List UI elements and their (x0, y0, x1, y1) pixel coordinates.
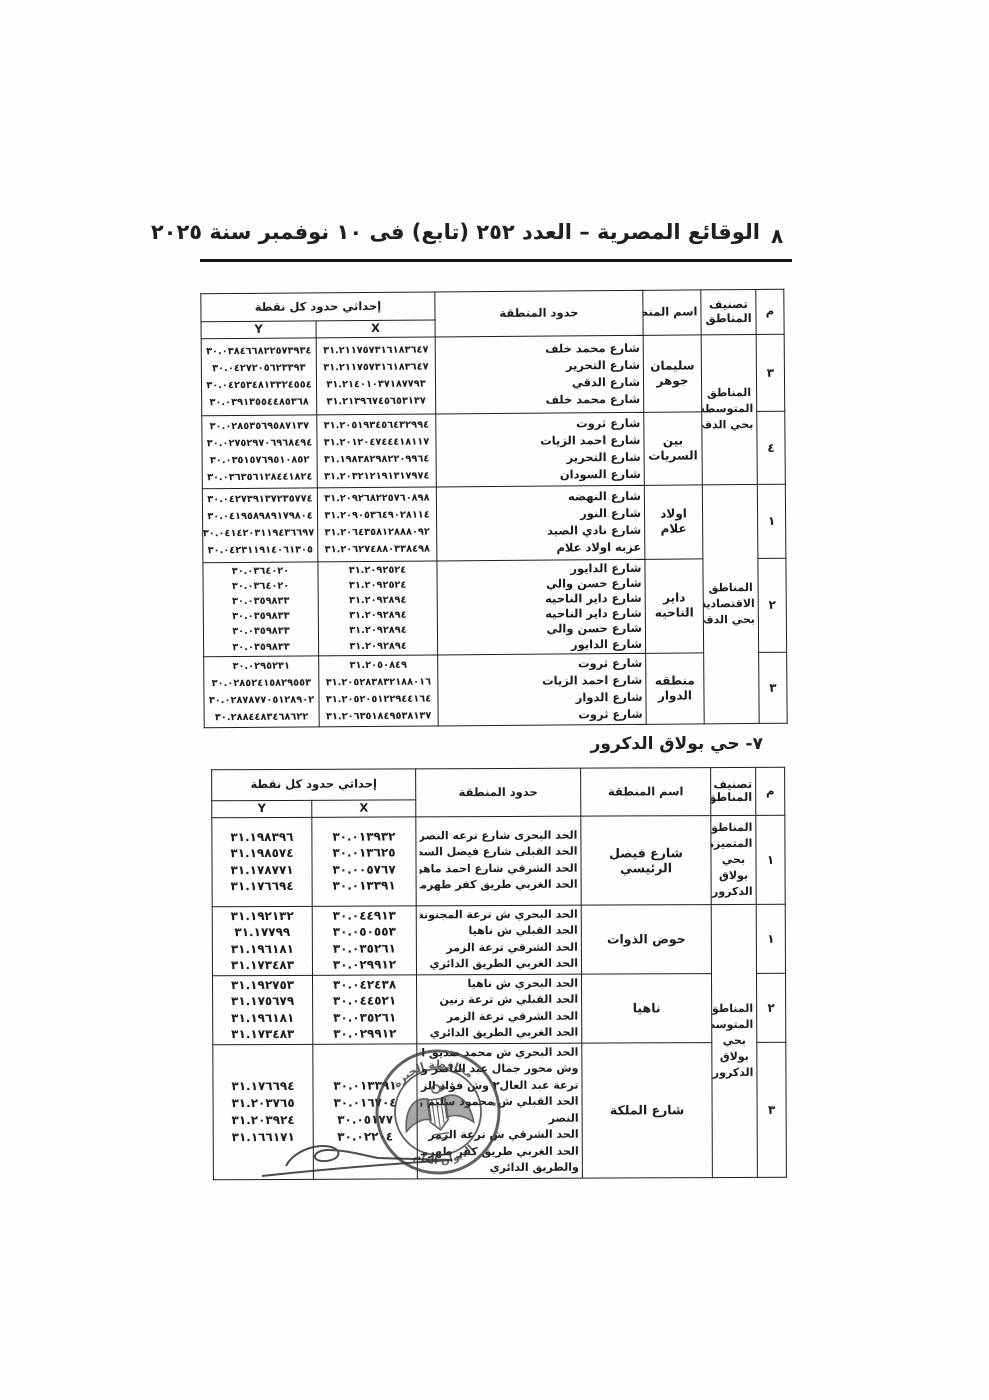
x-column-header: X (316, 320, 435, 337)
area-name-cell: شارع الملكة (582, 1042, 713, 1178)
boundary-line: شارع نادي الصيد (440, 522, 641, 541)
classification-line: المناطق (707, 580, 755, 596)
page-number: ٨ (771, 224, 783, 248)
y-coordinate-value: ٣١.١٧٣٤٨٣ (216, 1026, 309, 1043)
boundary-line: شارع الدوار (441, 689, 642, 708)
boundary-line: شارع داير الناحيه (441, 591, 642, 608)
boundaries-cell: الحد البحري ش ترعة المجنونةالحد القبلي ش… (416, 905, 581, 975)
classification-line: المناطق (715, 1000, 753, 1016)
x-coordinate-value: ٣٠.٠٠٥٧٦٧ (316, 861, 413, 878)
y-column-header: Y (212, 800, 312, 817)
row-number-cell: ٤ (757, 411, 786, 484)
x-coordinate-value: ٣١.٢١١٧٥٧٣١٦١٨٣٦٤٧ (320, 358, 432, 376)
x-coordinate-value: ٣١.٢١٤٠١٠٣٧١٨٧٧٩٣ (320, 375, 432, 393)
x-coordinates-cell: ٣١.٢١١٧٥٧٣١٦١٨٣٦٤٧٣١.٢١١٧٥٧٣١٦١٨٣٦٤٧٣١.٢… (316, 336, 436, 414)
area-name-cell: حوض الذوات (581, 904, 711, 974)
x-coordinate-value: ٣٠.٠١٣٩٣٢ (315, 828, 412, 845)
area-name-cell: اولاد علام (644, 484, 703, 558)
boundary-line: شارع السودان (440, 465, 641, 484)
y-coordinate-value: ٣٠.٠٤١٤٢٠٣١١٩٤٣٦٦٩٧ (206, 524, 314, 542)
row-number-cell: ٣ (756, 334, 785, 411)
x-coordinates-cell: ٣١.٢٠٥١٩٣٤٥٦٤٣٢٩٩٤٣١.٢٠١٢٠٤٧٤٤٤١٨١١٧٣١.١… (317, 413, 437, 487)
x-coordinate-value: ٣١.٢١١٧٥٧٣١٦١٨٣٦٤٧ (320, 341, 432, 359)
classification-line: المتوسطة (705, 401, 753, 417)
y-coordinate-value: ٣١.١٧٥٦٧٩ (216, 993, 309, 1010)
y-column-header: Y (201, 321, 316, 338)
boundaries-column-header: حدود المنطقة (416, 768, 581, 816)
y-coordinates-cell: ٣١.١٩٢٧٥٣٣١.١٧٥٦٧٩٣١.١٩٦١٨١٣١.١٧٣٤٨٣ (212, 975, 312, 1044)
boundary-line: الحد البحري ش ناهيا (420, 975, 578, 992)
table-row: ١المناطقالمتوسطةبحيبولاقالدكرورحوض الذوا… (212, 904, 785, 975)
boundaries-column-header: حدود المنطقة (435, 290, 643, 336)
x-coordinates-cell: ٣١.٢٠٩٢٦٨٢٢٥٧٦٠٨٩٨٣١.٢٠٩٠٥٣٦٤٩٠٢٨١١٤٣١.٢… (317, 486, 437, 561)
classification-column-header: تصنيف المناطق (711, 767, 756, 815)
classification-line: المناطق (705, 385, 753, 401)
giza-boundaries-table: متصنيف المناطقاسم المنطقةحدود المنطقةإحد… (201, 289, 787, 728)
boundary-line: شارع داير الناحيه (441, 606, 642, 623)
y-coordinate-value: ٣٠.٠٤٢٥٣٤٨١٣٣٢٤٥٥٤ (205, 376, 313, 394)
coordinates-column-header: إحداثي حدود كل نقطة (201, 292, 435, 322)
boundary-line: الحد البحري ش ترعة المجنونة (420, 906, 578, 923)
boundary-line: شارع ثروت (442, 706, 643, 725)
gazette-page: ٨ الوقائع المصرية – العدد ٢٥٢ (تابع) فى … (0, 0, 989, 1400)
y-coordinates-cell: ٣٠.٠٣٦٤٠٢٠٣٠.٠٣٦٤٠٢٠٣٠.٠٣٥٩٨٣٣٣٠.٠٣٥٩٨٣٣… (203, 561, 319, 656)
x-coordinate-value: ٣٠.٠٤٤٥٢١ (316, 992, 413, 1009)
y-coordinate-value: ٣٠.٠٣٩١٣٥٥٤٤٨٥٣٦٨ (205, 393, 313, 411)
boundary-line: الحد القبلى شارع فيصل السطحي (419, 844, 577, 861)
boundary-line: شارع احمد الزيات (441, 672, 642, 691)
gazette-header-title: الوقائع المصرية – العدد ٢٥٢ (تابع) فى ١٠… (232, 220, 760, 244)
boundary-line: شارع ثروت (439, 414, 640, 433)
y-coordinate-value: ٣٠.٢٨٨٤٤٨٣٤٦٨٦٢٢ (208, 708, 316, 726)
x-coordinates-cell: ٣٠.٠٤٤٩١٣٣٠.٠٥٠٥٥٣٣٠.٠٣٥٢٦١٣٠.٠٢٩٩١٢ (312, 905, 416, 974)
boundary-line: الحد القبلي ش ناهيا (420, 923, 578, 940)
x-coordinate-value: ٣١.٢٠٩٠٥٣٦٤٩٠٢٨١١٤ (321, 506, 433, 524)
table-row: ٢داير الناحيهشارع الدايورشارع حسن واليشا… (203, 558, 787, 657)
classification-line: الدكرور (715, 1064, 753, 1080)
x-coordinates-cell: ٣١.٢٠٩٢٥٢٤٣١.٢٠٩٢٥٢٤٣١.٢٠٩٢٨٩٤٣١.٢٠٩٢٨٩٤… (318, 560, 438, 655)
x-coordinate-value: ٣٠.٠٤٤٩١٣ (316, 907, 413, 924)
serial-column-header: م (756, 289, 784, 334)
classification-line: المتوسطة (715, 1016, 753, 1032)
table-row: ١المناطقالاقتصاديةبحي الدقياولاد علامشار… (202, 484, 786, 563)
boundary-line: شارع ثروت (441, 655, 642, 674)
y-coordinate-value: ٣٠.٠٢٧٥٢٩٧٠٦٩٦٨٤٩٤ (205, 434, 313, 452)
y-coordinate-value: ٣٠.٠٢٩٥٢٣١ (207, 657, 315, 675)
area-name-cell: منطقه الدوار (646, 653, 705, 724)
boundary-line: شارع حسن والي (441, 621, 642, 638)
x-coordinate-value: ٣١.٢٠٩٢٨٩٤ (322, 592, 434, 608)
boundary-line: شارع الدايور (440, 560, 641, 577)
x-coordinate-value: ٣١.٢٠٦٢٧٤٨٨٠٣٣٨٤٩٨ (321, 540, 433, 558)
boundary-line: شارع التحرير (440, 448, 641, 467)
y-coordinate-value: ٣٠.٠٢٨٧٨٧٧٠٥١٢٨٩٠٢ (207, 691, 315, 709)
y-coordinates-cell: ٣١.١٩٨٣٩٦٣١.١٩٨٥٧٤٣١.١٧٨٧٧١٣١.١٧٦٦٩٤ (212, 817, 312, 906)
y-coordinate-value: ٣٠.٠٣٦٣٥٦١٢٨٤٤١٨٢٤ (206, 468, 314, 486)
serial-column-header: م (756, 767, 785, 815)
y-coordinate-value: ٣٠.٠٢٨٥٣٥٦٩٥٨٧١٣٧ (205, 417, 313, 435)
boundary-line: شارع حسن والي (441, 576, 642, 593)
x-coordinate-value: ٣١.٢٠٦٣٥١٨٤٩٥٣٨١٣٧ (323, 707, 435, 725)
y-coordinate-value: ٣١.١٩٨٣٩٦ (215, 828, 308, 845)
x-coordinate-value: ٣١.٢٠٩٢٦٨٢٢٥٧٦٠٨٩٨ (321, 489, 433, 507)
boundary-line: الحد البحرى شارع ترعه النصر (419, 827, 577, 844)
y-coordinate-value: ٣٠.٠٤٢٧٣٩١٣٧٢٣٥٧٧٤ (206, 490, 314, 508)
area-name-column-header: اسم المنطقة (581, 768, 711, 816)
x-coordinate-value: ٣١.٢٠٩٢٥٢٤ (322, 577, 434, 593)
classification-line: المناطق (714, 819, 752, 835)
boundary-line: شارع النهضه (440, 488, 641, 507)
classification-line: بولاق (715, 867, 753, 883)
classification-cell: المناطقالمتوسطةبحي الدقي (701, 334, 757, 484)
x-coordinate-value: ٣١.٢٠٩٢٨٩٤ (322, 608, 434, 624)
y-coordinate-value: ٣١.١٩٦١٨١ (216, 1009, 309, 1026)
x-coordinate-value: ٣١.٢١٣٩٦٧٤٥٦٥٣١٣٧ (320, 392, 432, 410)
x-coordinate-value: ٣١.٢٠٥٢٠٥١٢٢٩٤٤١٦٤ (322, 690, 434, 708)
signature (228, 1132, 478, 1192)
y-coordinate-value: ٣١.١٧٦٦٩٤ (216, 878, 309, 895)
boundary-line: شارع التحرير (439, 356, 640, 375)
y-coordinates-cell: ٣٠.٠٤٢٧٣٩١٣٧٢٣٥٧٧٤٣٠.٠٤١٩٥٨٩٨٩١٧٩٨٠٤٣٠.٠… (202, 487, 318, 562)
y-coordinate-value: ٣١.١٧٧٩٩ (216, 924, 309, 941)
x-coordinate-value: ٣١.٢٠٦٤٣٥٨١٢٨٨٨٠٩٢ (321, 523, 433, 541)
boundaries-table: متصنيف المناطقاسم المنطقةحدود المنطقةإحد… (200, 289, 787, 728)
y-coordinate-value: ٣٠.٠٣٥٩٨٣٣ (207, 639, 315, 655)
boundary-line: الحد القبلي ش ترعة زنين (420, 992, 578, 1009)
classification-line: بولاق (715, 1048, 753, 1064)
area-name-cell: سليمان جوهر (643, 334, 702, 411)
table-header-row: متصنيف المناطقاسم المنطقةحدود المنطقةإحد… (212, 767, 785, 800)
boundaries-cell: شارع الدايورشارع حسن واليشارع داير الناح… (437, 559, 646, 655)
section-title: ٧- حي بولاق الدكرور (591, 734, 763, 754)
boundary-line: شارع الدايور (441, 636, 642, 653)
area-name-cell: ناهيا (582, 973, 712, 1043)
row-number-cell: ٢ (757, 973, 786, 1042)
area-name-cell: بين السريات (644, 411, 703, 484)
y-coordinate-value: ٣٠.٠٣٥٩٨٣٣ (207, 593, 315, 609)
classification-line: بحي (714, 851, 752, 867)
x-coordinate-value: ٣١.٢٠٥٢٨٣٨٣٢١٨٨٠١٦ (322, 673, 434, 691)
row-number-cell: ٣ (757, 1042, 787, 1177)
y-coordinate-value: ٣١.١٧٣٤٨٣ (216, 957, 309, 974)
boundary-line: شارع الدقي (439, 373, 640, 392)
table-row: ٣منطقه الدوارشارع ثروتشارع احمد الزياتشا… (204, 652, 788, 728)
table-header-row: متصنيف المناطقاسم المنطقةحدود المنطقةإحد… (201, 289, 784, 322)
boundary-line: شارع احمد الزيات (439, 431, 640, 450)
row-number-cell: ٢ (758, 558, 787, 652)
table-row: ٣المناطقالمتوسطةبحي الدقيسليمان جوهرشارع… (201, 334, 785, 416)
row-number-cell: ١ (756, 815, 785, 904)
area-name-cell: داير الناحيه (645, 558, 704, 653)
boundaries-cell: الحد البحرى شارع ترعه النصرالحد القبلى ش… (416, 816, 581, 906)
x-coordinate-value: ٣٠.٠٤٢٤٣٨ (316, 976, 413, 993)
x-column-header: X (312, 800, 416, 817)
x-coordinate-value: ٣٠.٠١٣٣٩١ (316, 877, 413, 894)
x-coordinate-value: ٣١.١٩٨٣٨٢٩٨٢٢٠٩٩٦٤ (321, 450, 433, 468)
y-coordinates-cell: ٣٠.٠٣٨٤٦٦٨٢٢٥٧٣٩٣٤٣٠.٠٤٢٧٢٠٥٦٢٣٣٩٣٣٠.٠٤٢… (201, 337, 317, 415)
y-coordinates-cell: ٣٠.٠٢٩٥٢٣١٣٠.٠٢٨٥٢٤١٥٨٢٩٥٥٣٣٠.٠٢٨٧٨٧٧٠٥١… (204, 656, 320, 728)
row-number-cell: ١ (757, 484, 786, 558)
x-coordinate-value: ٣٠.٠٥٠٥٥٣ (316, 923, 413, 940)
y-coordinate-value: ٣٠.٠٣٥٩٨٣٣ (207, 609, 315, 625)
x-coordinate-value: ٣٠.٠٢٩٩١٢ (316, 956, 413, 973)
classification-cell: المناطقالمتوسطةبحيبولاقالدكرور (711, 904, 757, 1177)
boundaries-cell: شارع ثروتشارع احمد الزياتشارع الدوارشارع… (438, 653, 647, 726)
y-coordinate-value: ٣٠.٠٢٨٥٢٤١٥٨٢٩٥٥٣ (207, 674, 315, 692)
classification-line: الاقتصادية (707, 596, 755, 612)
y-coordinates-cell: ٣٠.٠٢٨٥٣٥٦٩٥٨٧١٣٧٣٠.٠٢٧٥٢٩٧٠٦٩٦٨٤٩٤٣٠.٠٣… (202, 414, 318, 488)
signature-stroke-icon (262, 1146, 452, 1176)
y-coordinate-value: ٣٠.٠٤٢٣١١٩١٤٠٦١٣٠٥ (206, 541, 314, 559)
y-coordinate-value: ٣١.١٩٢١٣٢ (216, 907, 309, 924)
x-coordinate-value: ٣١.٢٠١٢٠٤٧٤٤٤١٨١١٧ (320, 433, 432, 451)
boundary-line: الحد الشرقي ترعة الزمر (420, 939, 578, 956)
classification-line: الدكرور (715, 883, 753, 899)
boundaries-cell: شارع النهضهشارع النورشارع نادي الصيدعزبه… (436, 485, 645, 561)
boundary-line: الحد الغربي الطريق الدائري (420, 956, 578, 973)
x-coordinate-value: ٣٠.٠٣٥٢٦١ (316, 940, 413, 957)
area-name-cell: شارع فيصل الرئيسي (581, 815, 711, 905)
y-coordinate-value: ٣٠.٠٣٨٤٦٦٨٢٢٥٧٣٩٣٤ (205, 342, 313, 360)
y-coordinate-value: ٣١.١٧٨٧٧١ (215, 861, 308, 878)
y-coordinate-value: ٣١.١٩٨٥٧٤ (215, 845, 308, 862)
coordinates-column-header: إحداثي حدود كل نقطة (212, 769, 416, 801)
table-row: ٤بين السرياتشارع ثروتشارع احمد الزياتشار… (202, 411, 786, 489)
classification-cell: المناطقالاقتصاديةبحي الدقي (702, 484, 759, 724)
classification-line: بحي (715, 1032, 753, 1048)
x-coordinate-value: ٣١.٢٠٩٢٥٢٤ (321, 562, 433, 578)
y-coordinate-value: ٣٠.٠٣٥١٥٧٦٩٥١٠٨٥٢ (206, 451, 314, 469)
x-coordinate-value: ٣١.٢٠٥٠٨٤٩ (322, 656, 434, 674)
y-coordinate-value: ٣٠.٠٤٢٧٢٠٥٦٢٣٣٩٣ (205, 359, 313, 377)
classification-line: المتميزة (714, 835, 752, 851)
row-number-cell: ١ (756, 904, 785, 973)
boundaries-cell: شارع ثروتشارع احمد الزياتشارع التحريرشار… (436, 412, 645, 487)
classification-column-header: تصنيف المناطق (701, 289, 756, 334)
y-coordinate-value: ٣١.١٩٢٧٥٣ (216, 976, 309, 993)
y-coordinate-value: ٣١.١٧٦٦٩٤ (216, 1077, 309, 1094)
row-number-cell: ٣ (759, 652, 788, 723)
y-coordinate-value: ٣١.١٩٦١٨١ (216, 940, 309, 957)
y-coordinate-value: ٣٠.٠٣٦٤٠٢٠ (207, 578, 315, 594)
classification-line: بحي الدقي (705, 417, 753, 433)
x-coordinate-value: ٣٠.٠١٣٦٢٥ (315, 844, 412, 861)
boundary-line: شارع محمد خلف (439, 339, 640, 358)
boundary-line: شارع محمد خلف (439, 390, 640, 409)
x-coordinate-value: ٣١.٢٠٥١٩٣٤٥٦٤٣٢٩٩٤ (320, 416, 432, 434)
y-coordinate-value: ٣٠.٠٣٦٤٠٢٠ (206, 563, 314, 579)
x-coordinate-value: ٣١.٢٠٣٢١٢١٩١٣١٧٩٧٤ (321, 467, 433, 485)
table-row: ١المناطقالمتميزةبحيبولاقالدكرورشارع فيصل… (212, 815, 785, 906)
x-coordinates-cell: ٣٠.٠١٣٩٣٢٣٠.٠١٣٦٢٥٣٠.٠٠٥٧٦٧٣٠.٠١٣٣٩١ (312, 816, 416, 905)
boundaries-cell: شارع محمد خلفشارع التحريرشارع الدقيشارع … (435, 335, 644, 414)
classification-cell: المناطقالمتميزةبحيبولاقالدكرور (711, 815, 756, 904)
x-coordinates-cell: ٣١.٢٠٥٠٨٤٩٣١.٢٠٥٢٨٣٨٣٢١٨٨٠١٦٣١.٢٠٥٢٠٥١٢٢… (319, 655, 439, 727)
y-coordinate-value: ٣٠.٠٣٥٩٨٣٣ (207, 624, 315, 640)
classification-line: بحي الدقي (707, 612, 755, 628)
y-coordinates-cell: ٣١.١٩٢١٣٢٣١.١٧٧٩٩٣١.١٩٦١٨١٣١.١٧٣٤٨٣ (212, 906, 312, 975)
header-divider (200, 259, 792, 262)
area-name-column-header: اسم المنطقة (643, 290, 701, 335)
y-coordinate-value: ٣١.٢٠٣٩٢٤ (217, 1111, 310, 1128)
y-coordinate-value: ٣١.٢٠٣٧٦٥ (217, 1094, 310, 1111)
boundary-line: الحد الغربي طريق كفر طهرمس (420, 877, 578, 894)
boundary-line: الحد الشرقي شارع احمد ماهر (420, 860, 578, 877)
y-coordinate-value: ٣٠.٠٤١٩٥٨٩٨٩١٧٩٨٠٤ (206, 507, 314, 525)
x-coordinate-value: ٣١.٢٠٩٢٨٩٤ (322, 623, 434, 639)
boundary-line: شارع النور (440, 505, 641, 524)
x-coordinate-value: ٣١.٢٠٩٢٨٩٤ (322, 638, 434, 654)
boundary-line: عزبه اولاد علام (440, 539, 641, 558)
